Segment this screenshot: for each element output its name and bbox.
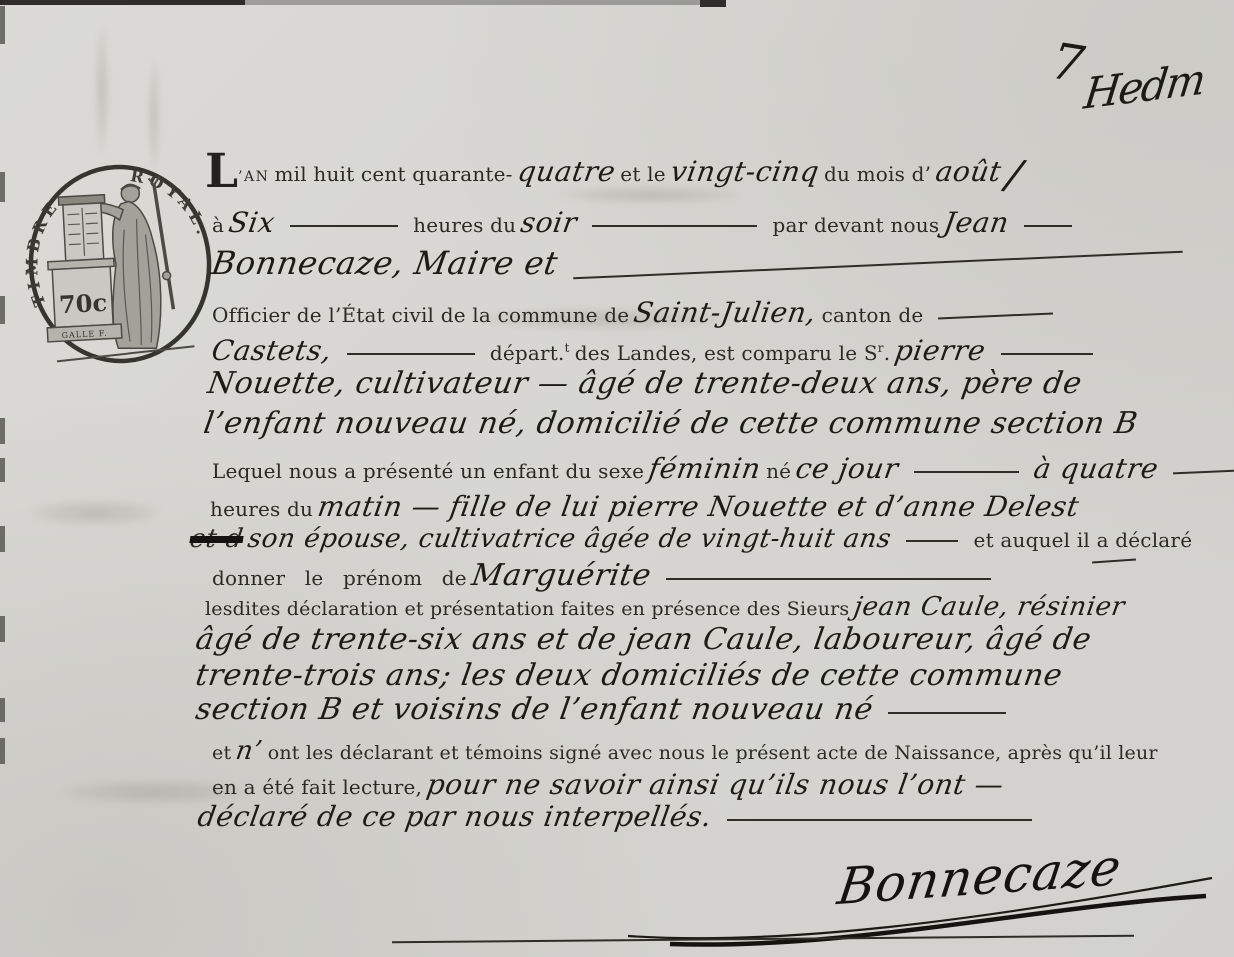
scan-edge-mark [0, 738, 5, 764]
line-given-name: donner le prénom de Marguérite [212, 558, 1001, 593]
struck-out-word: et d [188, 524, 246, 554]
scan-edge-mark [700, 0, 726, 7]
line-mother: et d son épouse, cultivatrice âgée de vi… [190, 524, 1192, 554]
scan-edge-mark [0, 172, 5, 202]
line-birth-hour-parents: heures du matin — fille de lui pierre No… [210, 490, 1079, 523]
margin-annotation: Hedm [1081, 54, 1206, 119]
line-child-sex-birth: Lequel nous a présenté un enfant du sexe… [212, 452, 1234, 485]
blank-line-fill [888, 712, 1006, 714]
line-hour: à Six heures du soir par devant nous Jea… [212, 206, 1082, 239]
line-witnesses-2: âgé de trente-six ans et de jean Caule, … [196, 622, 1091, 657]
blank-line-fill [666, 578, 991, 580]
pen-slash: / [1003, 149, 1026, 200]
blank-line-fill [1001, 353, 1093, 355]
blank-line-fill [906, 540, 958, 542]
line-witnesses-1: lesdites déclaration et présentation fai… [205, 592, 1125, 622]
blank-line-fill [727, 819, 1032, 821]
blank-line-fill [347, 353, 475, 355]
stamp-denomination: 70c [58, 288, 107, 319]
scan-edge-mark [0, 616, 5, 642]
scan-edge-mark [0, 418, 5, 444]
blank-line-fill [938, 312, 1053, 319]
blank-line-fill [914, 471, 1019, 473]
line-signature-clause-1: et n’ ont les déclarant et témoins signé… [212, 736, 1158, 766]
inkbleed-smudge [148, 60, 160, 170]
scan-edge-mark [0, 458, 5, 482]
scan-edge-mark [0, 526, 5, 552]
line-canton-departement: Castets, départ.t des Landes, est compar… [212, 334, 1103, 367]
blank-line-fill [573, 251, 1183, 280]
pen-stroke [1092, 558, 1136, 563]
birth-record-scan: TIMBRE ROYAL. [0, 0, 1234, 957]
line-witnesses-4: section B et voisins de l’enfant nouveau… [196, 692, 1016, 727]
line-witnesses-3: trente-trois ans; les deux domiciliés de… [196, 658, 1062, 693]
line-year-and-date: L’AN mil huit cent quarante- quatre et l… [205, 148, 1021, 199]
scan-edge-mark [0, 0, 245, 5]
blank-line-fill [1024, 225, 1072, 227]
blank-line-fill [592, 225, 757, 227]
line-declarant-2: l’enfant nouveau né, domicilié de cette … [204, 406, 1138, 441]
line-officiant-name: Bonnecaze, Maire et [212, 244, 1193, 282]
line-declarant-1: Nouette, cultivateur — âgé de trente-deu… [208, 366, 1082, 401]
line-closing: déclaré de ce par nous interpellés. [198, 800, 1042, 833]
scan-edge-mark [0, 698, 5, 722]
folio-number: 7 [1048, 32, 1088, 94]
inkbleed-smudge [30, 500, 160, 526]
line-signature-clause-2: en a été fait lecture, pour ne savoir ai… [212, 768, 1004, 801]
line-commune: Officier de l’État civil de la commune d… [212, 296, 1063, 329]
inkbleed-smudge [95, 25, 109, 155]
revenue-stamp: TIMBRE ROYAL. [22, 160, 218, 370]
blank-line-fill [290, 225, 398, 227]
scan-edge-mark [245, 0, 705, 5]
scan-edge-mark [0, 296, 5, 324]
blank-line-fill [1173, 470, 1234, 475]
drop-cap: L [205, 144, 238, 199]
scan-edge-mark [0, 6, 5, 44]
